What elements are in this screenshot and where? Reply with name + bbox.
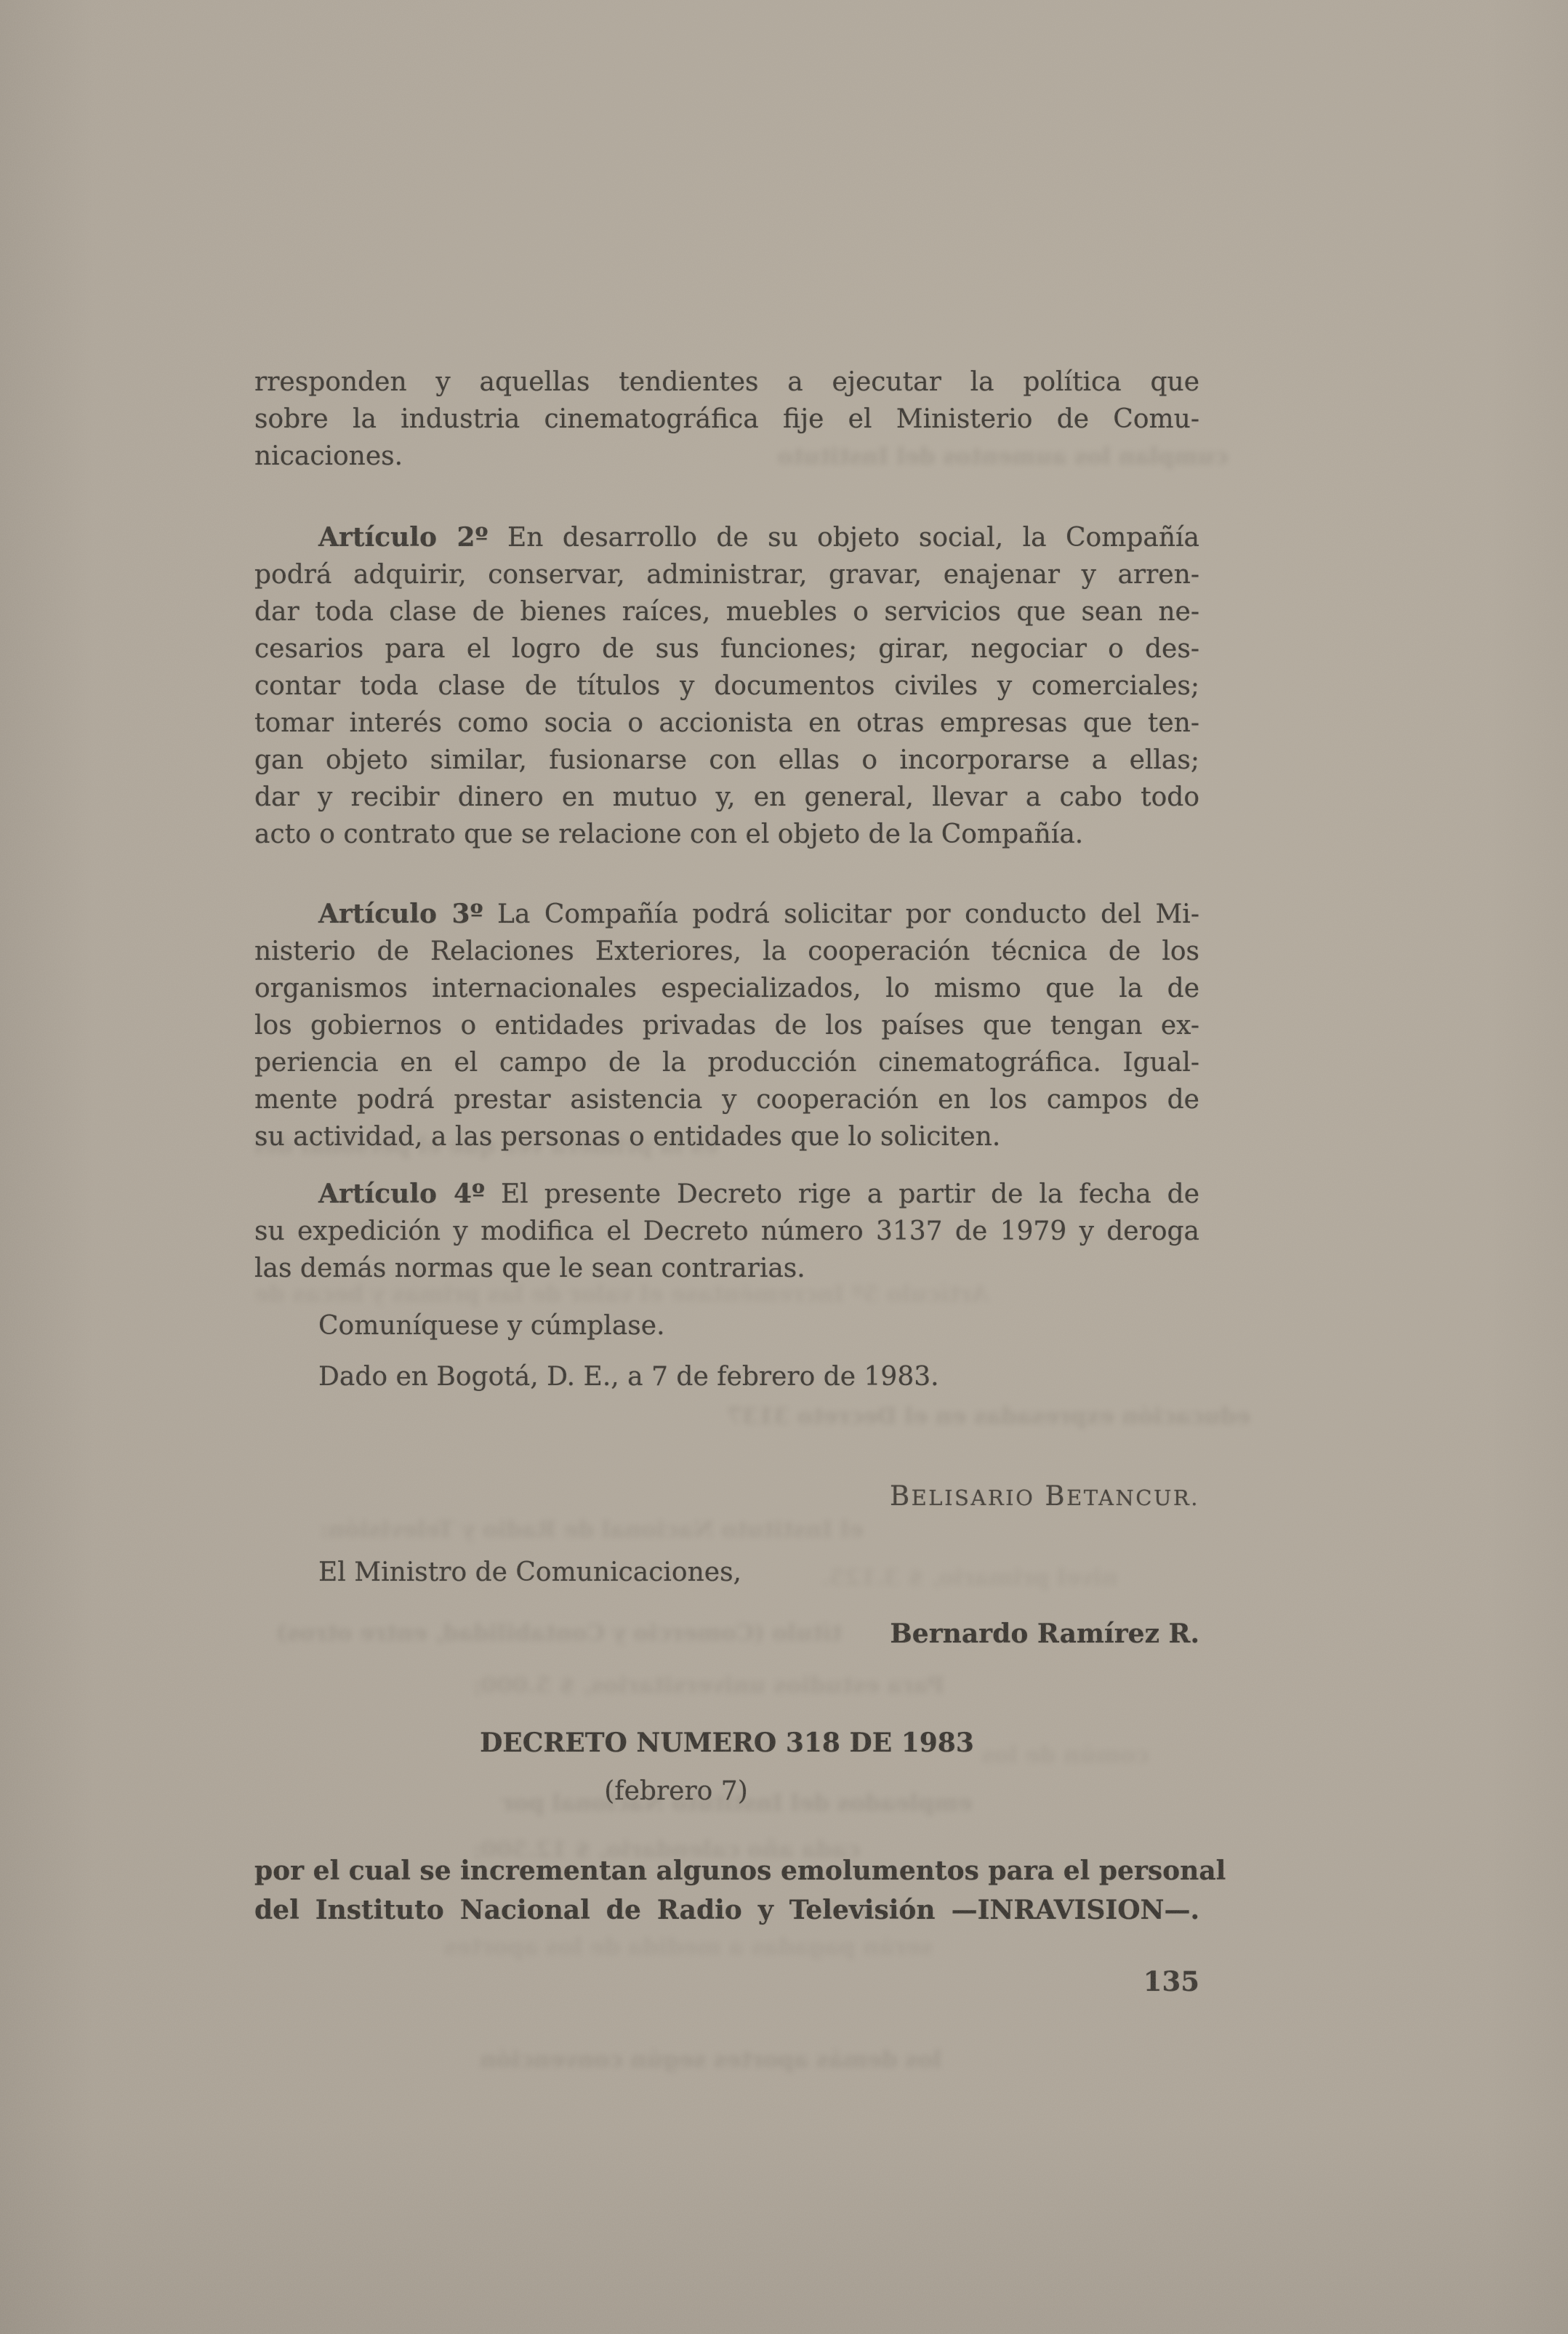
text-line: nisterio de Relaciones Exteriores, la co…	[254, 933, 1199, 970]
president-last-initial: B	[1045, 1480, 1066, 1512]
text-line: dar y recibir dinero en mutuo y, en gene…	[254, 779, 1199, 816]
text-line: del Instituto Nacional de Radio y Televi…	[254, 1890, 1199, 1930]
text-line: nicaciones.	[254, 438, 1199, 475]
text-line: gan objeto similar, fusionarse con ellas…	[254, 742, 1199, 779]
article-label: Artículo 2º	[318, 522, 489, 553]
text-column: rresponden y aquellas tendientes a ejecu…	[254, 0, 1199, 2334]
text-line: tomar interés como socia o accionista en…	[254, 705, 1199, 742]
paragraph-continuation: rresponden y aquellas tendientes a ejecu…	[254, 364, 1199, 475]
text-line: Artículo 2º En desarrollo de su objeto s…	[254, 519, 1199, 556]
paragraph-articulo-3: Artículo 3º La Compañía podrá solicitar …	[254, 896, 1199, 1155]
decree-date-line: (febrero 7)	[204, 1773, 1149, 1810]
book-page: cumplan los aumentos del Institutoes la …	[0, 0, 1568, 2334]
president-signature: BELISARIO BETANCUR.	[890, 1477, 1199, 1515]
text-line: periencia en el campo de la producción c…	[254, 1044, 1199, 1081]
comuniquese-line: Comuníquese y cúmplase.	[254, 1307, 1263, 1344]
text-line: Artículo 3º La Compañía podrá solicitar …	[254, 896, 1199, 933]
text-line: su actividad, a las personas o entidades…	[254, 1118, 1199, 1155]
text-line: organismos internacionales especializado…	[254, 970, 1199, 1007]
text-line: cesarios para el logro de sus funciones;…	[254, 630, 1199, 667]
minister-title-line: El Ministro de Comunicaciones,	[254, 1554, 1263, 1591]
text-line: Artículo 4º El presente Decreto rige a p…	[254, 1176, 1199, 1213]
article-label: Artículo 4º	[318, 1179, 485, 1209]
decree-epigraph: por el cual se incrementan algunos emolu…	[254, 1851, 1199, 1930]
decree-title: DECRETO NUMERO 318 DE 1983	[254, 1725, 1199, 1762]
text-line: rresponden y aquellas tendientes a ejecu…	[254, 364, 1199, 401]
text-line: dar toda clase de bienes raíces, muebles…	[254, 593, 1199, 630]
minister-signature: Bernardo Ramírez R.	[890, 1616, 1199, 1653]
dado-line: Dado en Bogotá, D. E., a 7 de febrero de…	[254, 1358, 1263, 1395]
text-line: los gobiernos o entidades privadas de lo…	[254, 1007, 1199, 1044]
text-line: las demás normas que le sean contrarias.	[254, 1250, 1199, 1287]
text-line: por el cual se incrementan algunos emolu…	[254, 1851, 1199, 1890]
text-line: contar toda clase de títulos y documento…	[254, 667, 1199, 705]
text-line: su expedición y modifica el Decreto núme…	[254, 1213, 1199, 1250]
president-first-initial: B	[890, 1480, 912, 1512]
text-line: podrá adquirir, conservar, administrar, …	[254, 556, 1199, 593]
page-number: 135	[1143, 1963, 1199, 2000]
paragraph-articulo-4: Artículo 4º El presente Decreto rige a p…	[254, 1176, 1199, 1287]
paragraph-articulo-2: Artículo 2º En desarrollo de su objeto s…	[254, 519, 1199, 853]
president-last-rest: ETANCUR.	[1066, 1485, 1199, 1510]
text-line: acto o contrato que se relacione con el …	[254, 816, 1199, 853]
text-line: sobre la industria cinematográfica fije …	[254, 401, 1199, 438]
text-line: mente podrá prestar asistencia y coopera…	[254, 1081, 1199, 1118]
president-first-rest: ELISARIO	[912, 1485, 1035, 1510]
article-label: Artículo 3º	[318, 899, 483, 929]
